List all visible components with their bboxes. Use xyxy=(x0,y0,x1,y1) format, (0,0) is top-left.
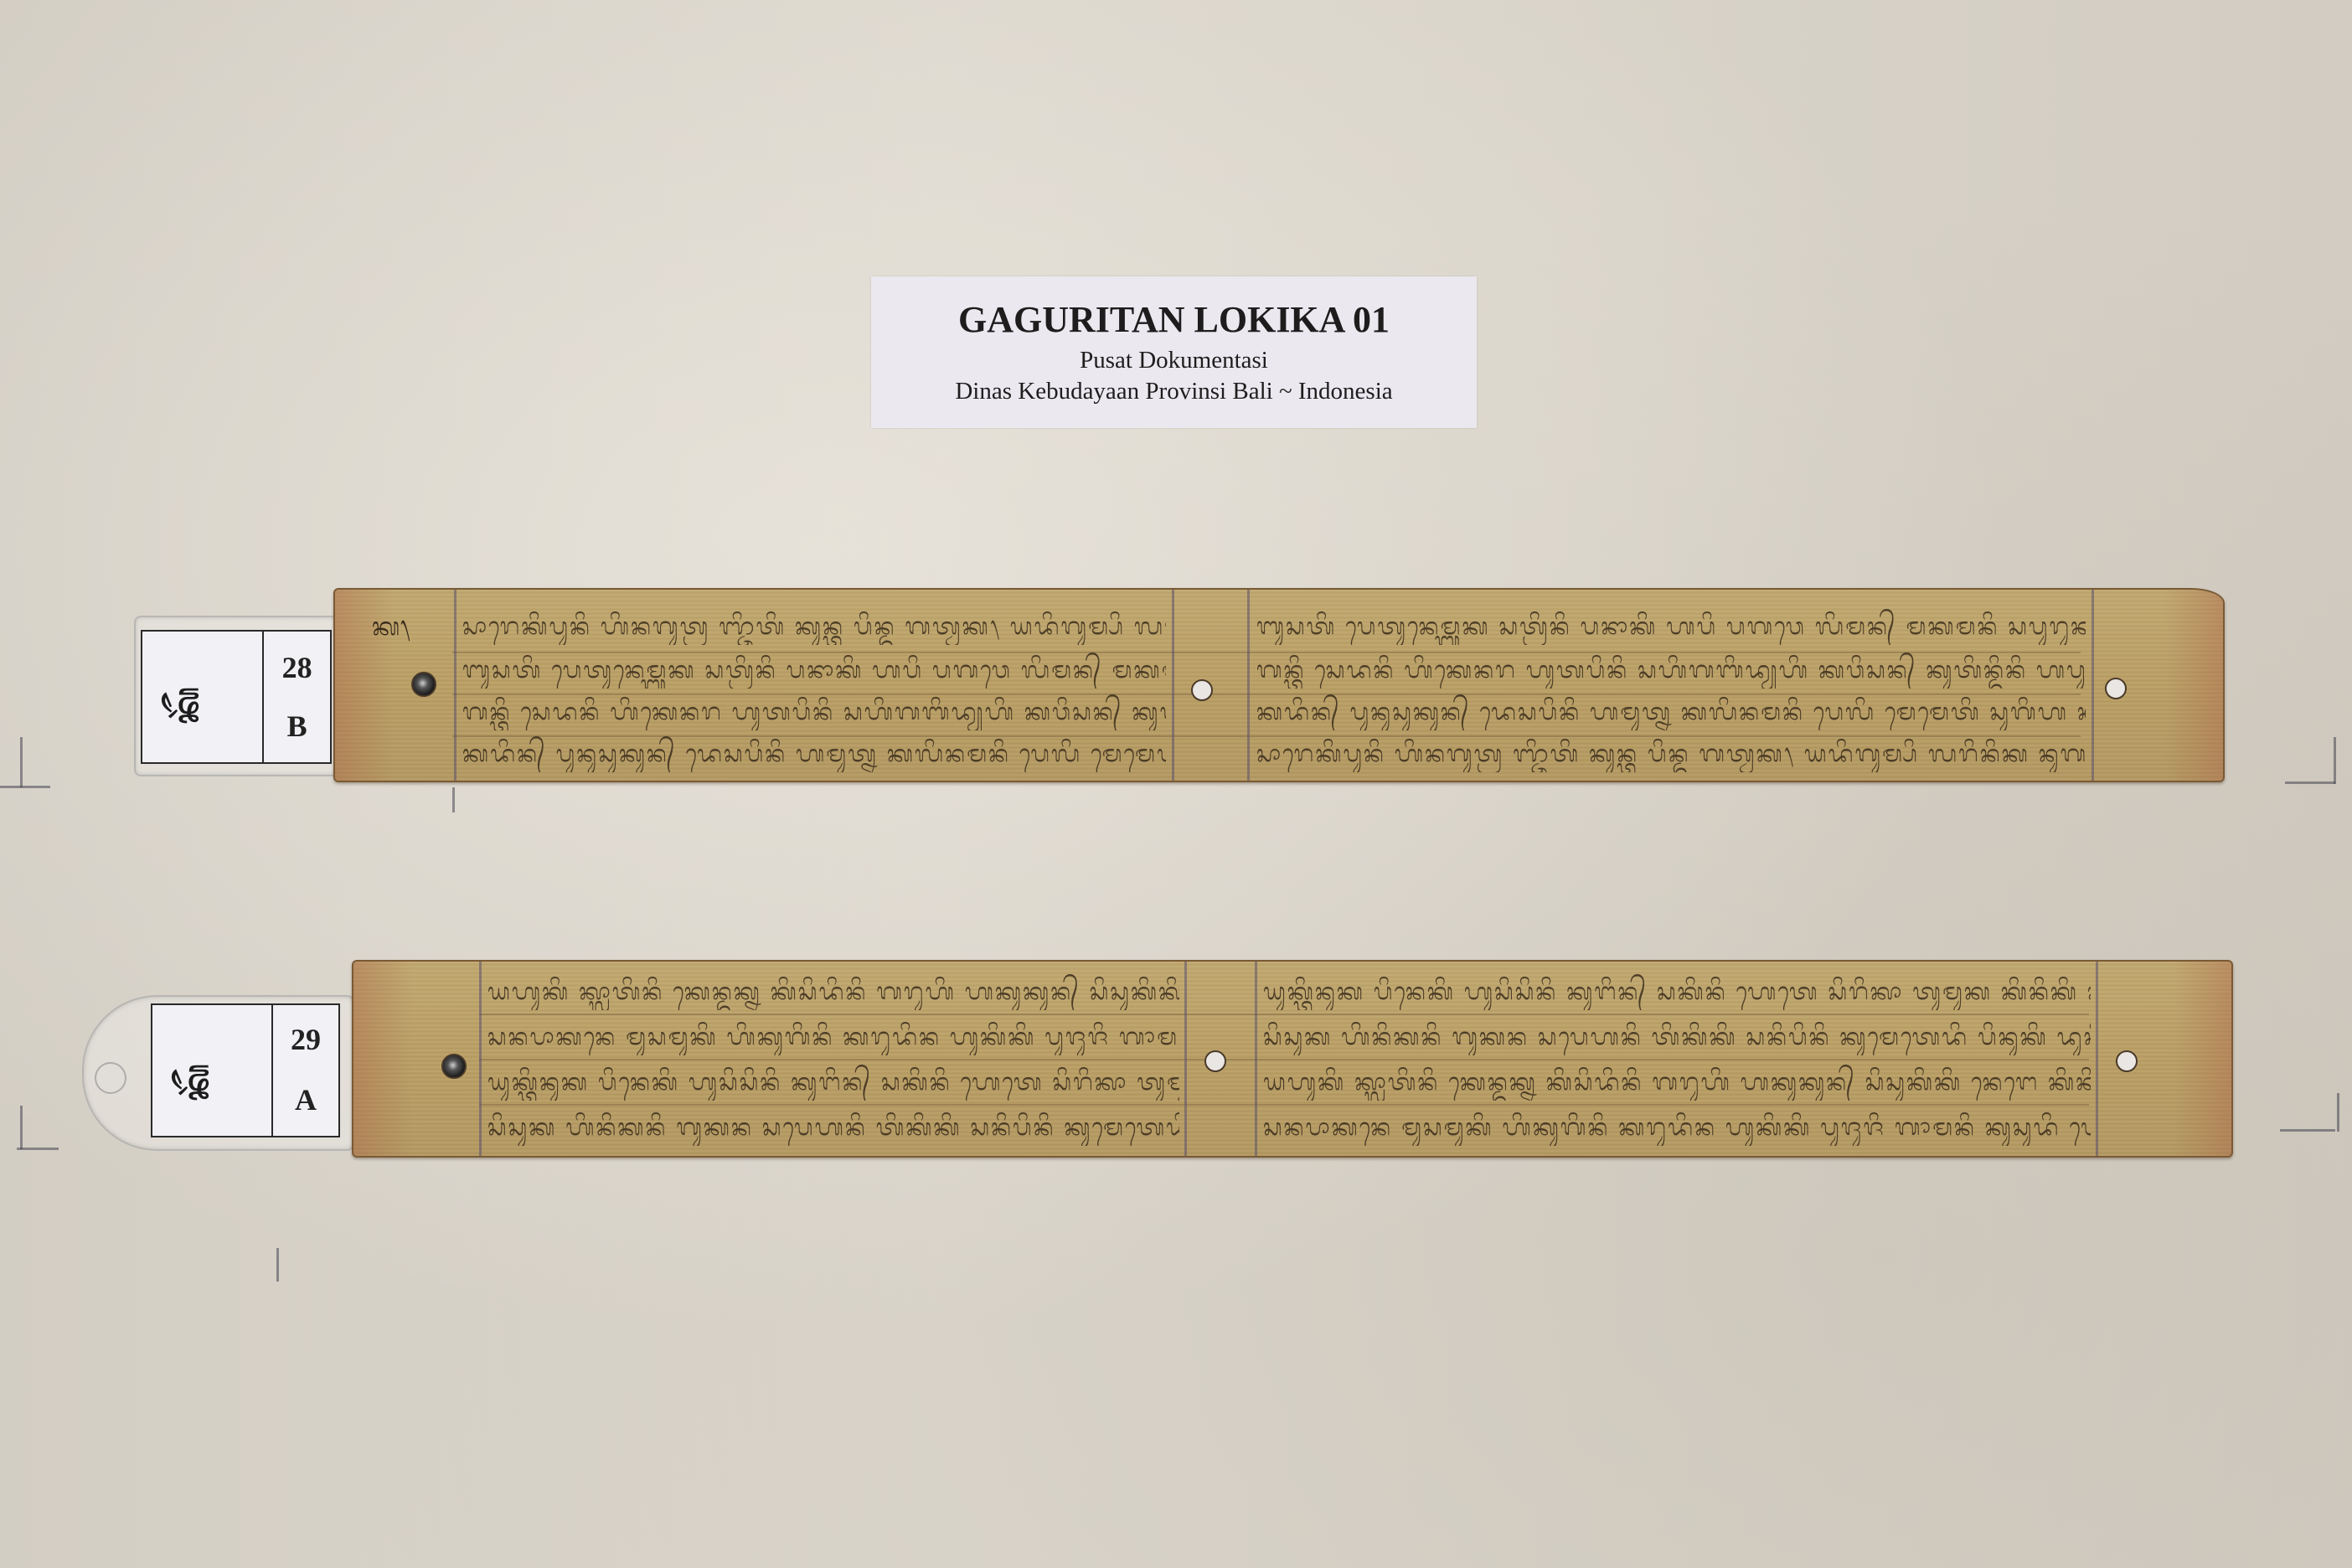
script-line-3-right: ᬬᬳᬸᬓᬶ ᬓ᭄ᬮᬵᬢᬶᬦᬶ ᬓᬾᬦ᭄ᬤᬸᬓ᭄ᬦ ᬓᬶᬲᬶᬤᬶᬦᬶ ᬕᬭᬸᬳᬶ … xyxy=(1263,1064,2091,1101)
script-line-3-right: ᬓᬤᬶᬦ᭄ ᬧᬸᬦᬸᬲᬸᬓᬸᬦ᭄ ᬤᬾᬲᬧᬶᬦᬶ ᬳᬫᬸᬢ᭄ᬦ ᬓᬮᬶᬦᬫᬦᬶ … xyxy=(1256,694,2086,730)
binding-hole-right xyxy=(2116,1050,2138,1072)
tag-balinese-cell: ᬓᭂ xyxy=(142,632,264,762)
page-side: B xyxy=(264,709,330,744)
pencil-corner-mark xyxy=(276,1248,279,1282)
script-line-1: ᬲᬵᬭᬾᬓᬶᬧᬸᬦᬶ ᬳᬶᬦᬕᬸᬢ᭄ᬭ ᬜ᭄ᬚᬶᬢᬶ ᬓᬸᬦ᭄ᬢᬸ ᬧᬶᬦ᭄ᬤᬸ… xyxy=(462,608,1166,645)
page-number: 28 xyxy=(264,650,330,685)
script-line-4: ᬓᬤᬶᬦ᭄ ᬧᬸᬦᬸᬲᬸᬓᬸᬦ᭄ ᬤᬾᬲᬧᬶᬦᬶ ᬳᬫᬸᬢ᭄ᬦ ᬓᬮᬶᬦᬫᬦᬶ … xyxy=(462,735,1166,772)
pencil-corner-mark xyxy=(0,786,50,788)
script-line-1-right: ᬬᬸᬓ᭄ᬢᬶᬦᬸᬓ ᬧᬶᬦᬾᬓᬶ ᬳᬸᬲᬶᬲᬶᬦᬶ ᬓᬸᬗᬶᬦ᭄ ᬲᬓᬶᬦᬶ ᬳ… xyxy=(1263,973,2091,1010)
page-tag-29a: ᬓᭂ 29 A xyxy=(151,1003,340,1137)
script-line-2-right: ᬲᬶᬲᬸᬓ ᬳᬶᬦᬶᬓᬦᬶ ᬕᬸᬓᬦ ᬲᬧᬾᬳᬦᬶ ᬢᬶᬓᬶᬓᬶ ᬲᬦᬶᬧᬶᬦᬶ… xyxy=(1263,1019,2091,1055)
pencil-corner-mark xyxy=(2334,737,2336,784)
pencil-corner-mark xyxy=(2337,1093,2339,1132)
center-divider-left xyxy=(1172,590,1174,781)
script-line-3: ᬕᬦ᭄ᬢᬶ ᬲᬾᬤᬦᬶ ᬳᬶᬓᬾᬦᬭ ᬳᬸᬢᬧᬶᬦᬶ ᬲᬳᬶᬕᬩᬶᬤ᭄ᬬᬳᬶ ᬓ… xyxy=(462,694,1166,730)
pencil-corner-mark xyxy=(2285,781,2335,784)
script-line-2: ᬩᬸᬲᬢᬶ ᬧᬾᬢᬸᬦᬾᬫ᭄ᬩᬸᬓ ᬲᬢ᭄ᬭᬶᬦᬶ ᬧᬦᬵᬓᬶ ᬳᬧᬶ ᬧᬕᬯᬾ… xyxy=(462,652,1166,689)
script-line-4-right: ᬲᬵᬭᬾᬓᬶᬧᬸᬦᬶ ᬳᬶᬦᬕᬸᬢ᭄ᬭ ᬜ᭄ᬚᬶᬢᬶ ᬓᬸᬦ᭄ᬢᬸ ᬧᬶᬦ᭄ᬤᬸ… xyxy=(1256,735,2086,772)
binding-hole-center xyxy=(1191,679,1213,701)
page-tag-28b: ᬓᭂ 28 B xyxy=(141,630,332,764)
page-number: 29 xyxy=(273,1022,338,1057)
manuscript-title: GAGURITAN LOKIKA 01 xyxy=(871,297,1477,343)
center-divider-right xyxy=(1247,590,1250,781)
script-line-1-right: ᬩᬸᬲᬢᬶ ᬧᬾᬢᬸᬦᬾᬫ᭄ᬩᬸᬓ ᬲᬢ᭄ᬭᬶᬦᬶ ᬧᬦᬵᬓᬶ ᬳᬧᬶ ᬧᬕᬯᬾ… xyxy=(1256,608,2086,645)
sleeve-hole xyxy=(95,1062,126,1094)
pencil-corner-mark xyxy=(2280,1129,2335,1132)
page-side: A xyxy=(273,1082,338,1117)
balinese-numeral-glyph: ᬓᭂ xyxy=(173,1064,233,1101)
binding-hole-left xyxy=(441,1054,467,1079)
palm-leaf-28b: ᬓ᭞ ᬲᬵᬭᬾᬓᬶᬧᬸᬦᬶ ᬳᬶᬦᬕᬸᬢ᭄ᬭ ᬜ᭄ᬚᬶᬢᬶ ᬓᬸᬦ᭄ᬢᬸ ᬧᬶᬦ… xyxy=(333,588,2225,782)
script-line-4: ᬲᬶᬲᬸᬓ ᬳᬶᬦᬶᬓᬦᬶ ᬕᬸᬓᬦ ᬲᬧᬾᬳᬦᬶ ᬢᬶᬓᬶᬓᬶ ᬲᬦᬶᬧᬶᬦᬶ… xyxy=(487,1109,1179,1146)
binding-hole-center xyxy=(1204,1050,1226,1072)
pencil-corner-mark xyxy=(17,1148,59,1150)
binding-hole-right xyxy=(2105,678,2127,699)
script-line-3: ᬬᬸᬓ᭄ᬢᬶᬦᬸᬓ ᬧᬶᬦᬾᬓᬶ ᬳᬸᬲᬶᬲᬶᬦᬶ ᬓᬸᬗᬶᬦ᭄ ᬲᬓᬶᬦᬶ ᬳ… xyxy=(487,1064,1179,1101)
tag-balinese-cell: ᬓᭂ xyxy=(152,1005,273,1136)
palm-leaf-29a: ᬬᬳᬸᬓᬶ ᬓ᭄ᬮᬵᬢᬶᬦᬶ ᬓᬾᬦ᭄ᬤᬸᬓ᭄ᬦ ᬓᬶᬲᬶᬤᬶᬦᬶ ᬕᬭᬸᬳᬶ … xyxy=(352,960,2233,1158)
pencil-corner-mark xyxy=(20,737,23,787)
script-line-1: ᬬᬳᬸᬓᬶ ᬓ᭄ᬮᬵᬢᬶᬦᬶ ᬓᬾᬦ᭄ᬤᬸᬓ᭄ᬦ ᬓᬶᬲᬶᬤᬶᬦᬶ ᬕᬭᬸᬳᬶ … xyxy=(487,973,1179,1010)
balinese-numeral-glyph: ᬓᭂ xyxy=(162,687,223,724)
tag-number-cell: 29 A xyxy=(273,1005,338,1136)
left-margin-line xyxy=(479,962,482,1156)
center-divider-right xyxy=(1255,962,1257,1156)
left-margin-line xyxy=(454,590,456,781)
collection-title-card: GAGURITAN LOKIKA 01 Pusat Dokumentasi Di… xyxy=(871,276,1477,428)
department-line: Dinas Kebudayaan Provinsi Bali ~ Indones… xyxy=(871,375,1477,407)
center-divider-left xyxy=(1184,962,1187,1156)
script-line-2: ᬲᬦᬧᬵᬓᬦᬾ ᬫᬸᬲᬫᬸᬓᬶ ᬳᬶᬓᬸᬕᬶᬦᬶ ᬓᬭᬸᬤᬶᬦ ᬳᬸᬓᬶᬓᬶ ᬧ… xyxy=(487,1019,1179,1055)
institution-line: Pusat Dokumentasi xyxy=(871,345,1477,375)
right-margin-line xyxy=(2096,962,2098,1156)
script-line-4-right: ᬲᬦᬧᬵᬓᬦᬾ ᬫᬸᬲᬫᬸᬓᬶ ᬳᬶᬓᬸᬕᬶᬦᬶ ᬓᬭᬸᬤᬶᬦ ᬳᬸᬓᬶᬓᬶ ᬧ… xyxy=(1263,1109,2091,1146)
right-margin-line xyxy=(2092,590,2094,781)
pencil-corner-mark xyxy=(452,787,455,812)
binding-hole-left xyxy=(411,672,436,697)
tag-number-cell: 28 B xyxy=(264,632,330,762)
leaf-margin-number: ᬓ᭞ xyxy=(372,608,410,653)
pencil-corner-mark xyxy=(20,1106,23,1149)
script-line-2-right: ᬕᬦ᭄ᬢᬶ ᬲᬾᬤᬦᬶ ᬳᬶᬓᬾᬦᬭ ᬳᬸᬢᬧᬶᬦᬶ ᬲᬳᬶᬕᬩᬶᬤ᭄ᬬᬳᬶ ᬓ… xyxy=(1256,652,2086,689)
